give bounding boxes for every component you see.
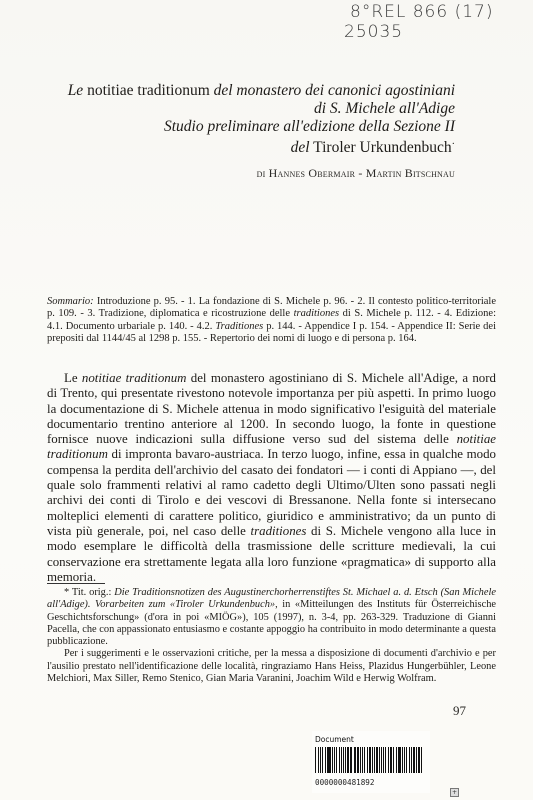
footnotes: * Tit. orig.: Die Traditionsnotizen des …: [47, 587, 496, 685]
title-monastero: del monastero dei canonici agostiniani: [214, 82, 455, 99]
summary-label: Sommario:: [47, 296, 94, 307]
title-line-4: del Tiroler Urkundenbuch·: [15, 136, 455, 157]
barcode-bar: [327, 747, 328, 773]
barcode-bar: [364, 747, 365, 773]
barcode-bar: [355, 747, 356, 773]
shelfmark-line-2: 25035: [344, 22, 494, 42]
footnote-marker: ·: [452, 139, 455, 150]
barcode-bar: [411, 747, 412, 773]
barcode-bar: [381, 747, 382, 773]
barcode-bar: [421, 747, 422, 773]
barcode-bar: [339, 747, 340, 773]
barcode-bar: [369, 747, 371, 773]
barcode-bar: [402, 747, 403, 773]
title-line-2: di S. Michele all'Adige: [15, 100, 455, 118]
barcode-bar: [390, 747, 392, 773]
barcode-bar: [406, 747, 407, 773]
barcode-bar: [409, 747, 410, 773]
expand-icon[interactable]: +: [450, 788, 459, 797]
barcode-bar: [362, 747, 363, 773]
barcode-bar: [345, 747, 346, 773]
barcode-bar: [399, 747, 400, 773]
footnote-text: * Tit. orig.:: [64, 587, 114, 598]
title-del: del: [291, 139, 310, 156]
barcode-bar: [343, 747, 344, 773]
barcode-bar: [398, 747, 399, 773]
barcode-bar: [404, 747, 405, 773]
summary-abstract: Sommario: Introduzione p. 95. - 1. La fo…: [47, 296, 496, 346]
barcode-icon: [315, 747, 423, 773]
barcode-bar: [413, 747, 415, 773]
barcode-bar: [388, 747, 389, 773]
barcode-bar: [336, 747, 337, 773]
barcode-bar: [320, 747, 321, 773]
title-urkundenbuch: Tiroler Urkundenbuch: [310, 139, 452, 156]
barcode-bar: [372, 747, 373, 773]
barcode-bar: [332, 747, 333, 773]
title-line-1: Le notitiae traditionum del monastero de…: [15, 82, 455, 100]
footnote-1: * Tit. orig.: Die Traditionsnotizen des …: [47, 587, 496, 648]
article-title: Le notitiae traditionum del monastero de…: [15, 82, 455, 157]
paragraph-1: Le notitiae traditionum del monastero ag…: [47, 371, 496, 585]
title-studio: Studio preliminare all'edizione della Se…: [164, 118, 455, 135]
barcode-bar: [354, 747, 355, 773]
body-paragraph: Le notitiae traditionum del monastero ag…: [47, 371, 496, 585]
barcode-bar: [325, 747, 326, 773]
footnote-2: Per i suggerimenti e le osservazioni cri…: [47, 648, 496, 685]
shelfmark-line-1: 8°REL 866 (17): [350, 2, 494, 22]
page-number: 97: [453, 703, 466, 719]
barcode-bar: [357, 747, 358, 773]
title-san-michele: di S. Michele all'Adige: [314, 100, 455, 117]
body-italic-run: notitiae traditionum: [82, 371, 187, 385]
body-text-run: Le: [64, 371, 82, 385]
barcode-bar: [350, 747, 352, 773]
barcode-caption: Document: [315, 735, 354, 744]
barcode-bar: [396, 747, 397, 773]
barcode-bar: [367, 747, 368, 773]
barcode-bar: [376, 747, 377, 773]
barcode-bar: [385, 747, 386, 773]
barcode-bar: [318, 747, 319, 773]
barcode-bar: [379, 747, 380, 773]
barcode-bar: [416, 747, 417, 773]
barcode-bar: [341, 747, 342, 773]
title-le: Le: [68, 82, 84, 99]
handwritten-shelfmark: 8°REL 866 (17) 25035: [350, 2, 494, 42]
barcode-bar: [347, 747, 348, 773]
authors-line: di Hannes Obermair - Martin Bitschnau: [257, 166, 455, 181]
title-notitiae: notitiae traditionum: [83, 82, 213, 99]
barcode-bar: [334, 747, 335, 773]
barcode-bar: [383, 747, 384, 773]
barcode-bar: [360, 747, 361, 773]
barcode-bar: [374, 747, 375, 773]
scanned-page: 8°REL 866 (17) 25035 Le notitiae traditi…: [0, 0, 533, 800]
barcode-bar: [315, 747, 316, 773]
footnote-divider: [47, 583, 105, 584]
barcode-bar: [418, 747, 419, 773]
title-line-3: Studio preliminare all'edizione della Se…: [15, 118, 455, 136]
summary-italic: traditiones: [294, 308, 340, 319]
barcode-sticker: Document 0000000481892: [312, 731, 430, 793]
barcode-number: 0000000481892: [315, 778, 374, 787]
body-italic-run: traditiones: [251, 524, 307, 538]
barcode-bar: [393, 747, 394, 773]
barcode-bar: [322, 747, 323, 773]
summary-italic: Traditiones: [215, 321, 263, 332]
barcode-bar: [328, 747, 330, 773]
